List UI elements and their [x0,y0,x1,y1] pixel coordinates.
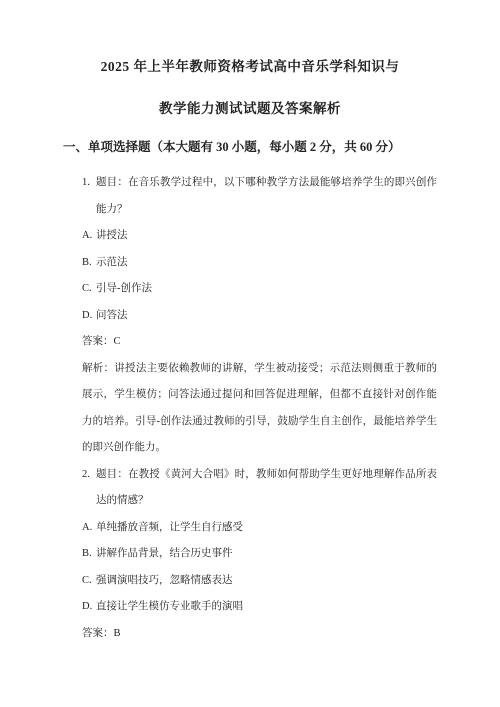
option-b: B. 讲解作品背景，结合历史事件 [82,541,437,568]
option-label: C. [82,276,96,303]
document-body: 1. 题目：在音乐教学过程中，以下哪种教学方法最能够培养学生的即兴创作能力？ A… [0,170,500,647]
answer-line: 答案：C [82,329,437,356]
option-label: D. [82,594,96,621]
answer-line: 答案：B [82,621,437,648]
question-number: 2. [82,462,90,489]
option-text: 单纯播放音频，让学生自行感受 [96,515,437,542]
option-b: B. 示范法 [82,250,437,277]
option-c: C. 引导-创作法 [82,276,437,303]
option-label: A. [82,515,96,542]
question-stem: 题目：在教授《黄河大合唱》时，教师如何帮助学生更好地理解作品所表达的情感？ [96,462,437,515]
option-text: 引导-创作法 [96,276,437,303]
question-1: 1. 题目：在音乐教学过程中，以下哪种教学方法最能够培养学生的即兴创作能力？ A… [82,170,437,462]
option-text: 强调演唱技巧，忽略情感表达 [96,568,437,595]
option-label: C. [82,568,96,595]
document-page: 2025 年上半年教师资格考试高中音乐学科知识与 教学能力测试试题及答案解析 一… [0,0,500,707]
section-heading: 一、单项选择题（本大题有 30 小题，每小题 2 分，共 60 分） [0,117,500,155]
option-text: 讲授法 [96,223,437,250]
question-2: 2. 题目：在教授《黄河大合唱》时，教师如何帮助学生更好地理解作品所表达的情感？… [82,462,437,648]
option-text: 问答法 [96,303,437,330]
option-label: B. [82,541,96,568]
document-title-line2: 教学能力测试试题及答案解析 [0,75,500,117]
option-d: D. 直接让学生模仿专业歌手的演唱 [82,594,437,621]
option-text: 直接让学生模仿专业歌手的演唱 [96,594,437,621]
analysis-text: 解析：讲授法主要依赖教师的讲解，学生被动接受；示范法则侧重于教师的展示，学生模仿… [82,356,437,462]
option-label: B. [82,250,96,277]
option-c: C. 强调演唱技巧，忽略情感表达 [82,568,437,595]
option-label: A. [82,223,96,250]
option-text: 示范法 [96,250,437,277]
option-label: D. [82,303,96,330]
option-a: A. 单纯播放音频，让学生自行感受 [82,515,437,542]
option-text: 讲解作品背景，结合历史事件 [96,541,437,568]
document-title-line1: 2025 年上半年教师资格考试高中音乐学科知识与 [0,0,500,75]
option-a: A. 讲授法 [82,223,437,250]
question-number: 1. [82,170,90,197]
option-d: D. 问答法 [82,303,437,330]
question-stem: 题目：在音乐教学过程中，以下哪种教学方法最能够培养学生的即兴创作能力？ [96,170,437,223]
